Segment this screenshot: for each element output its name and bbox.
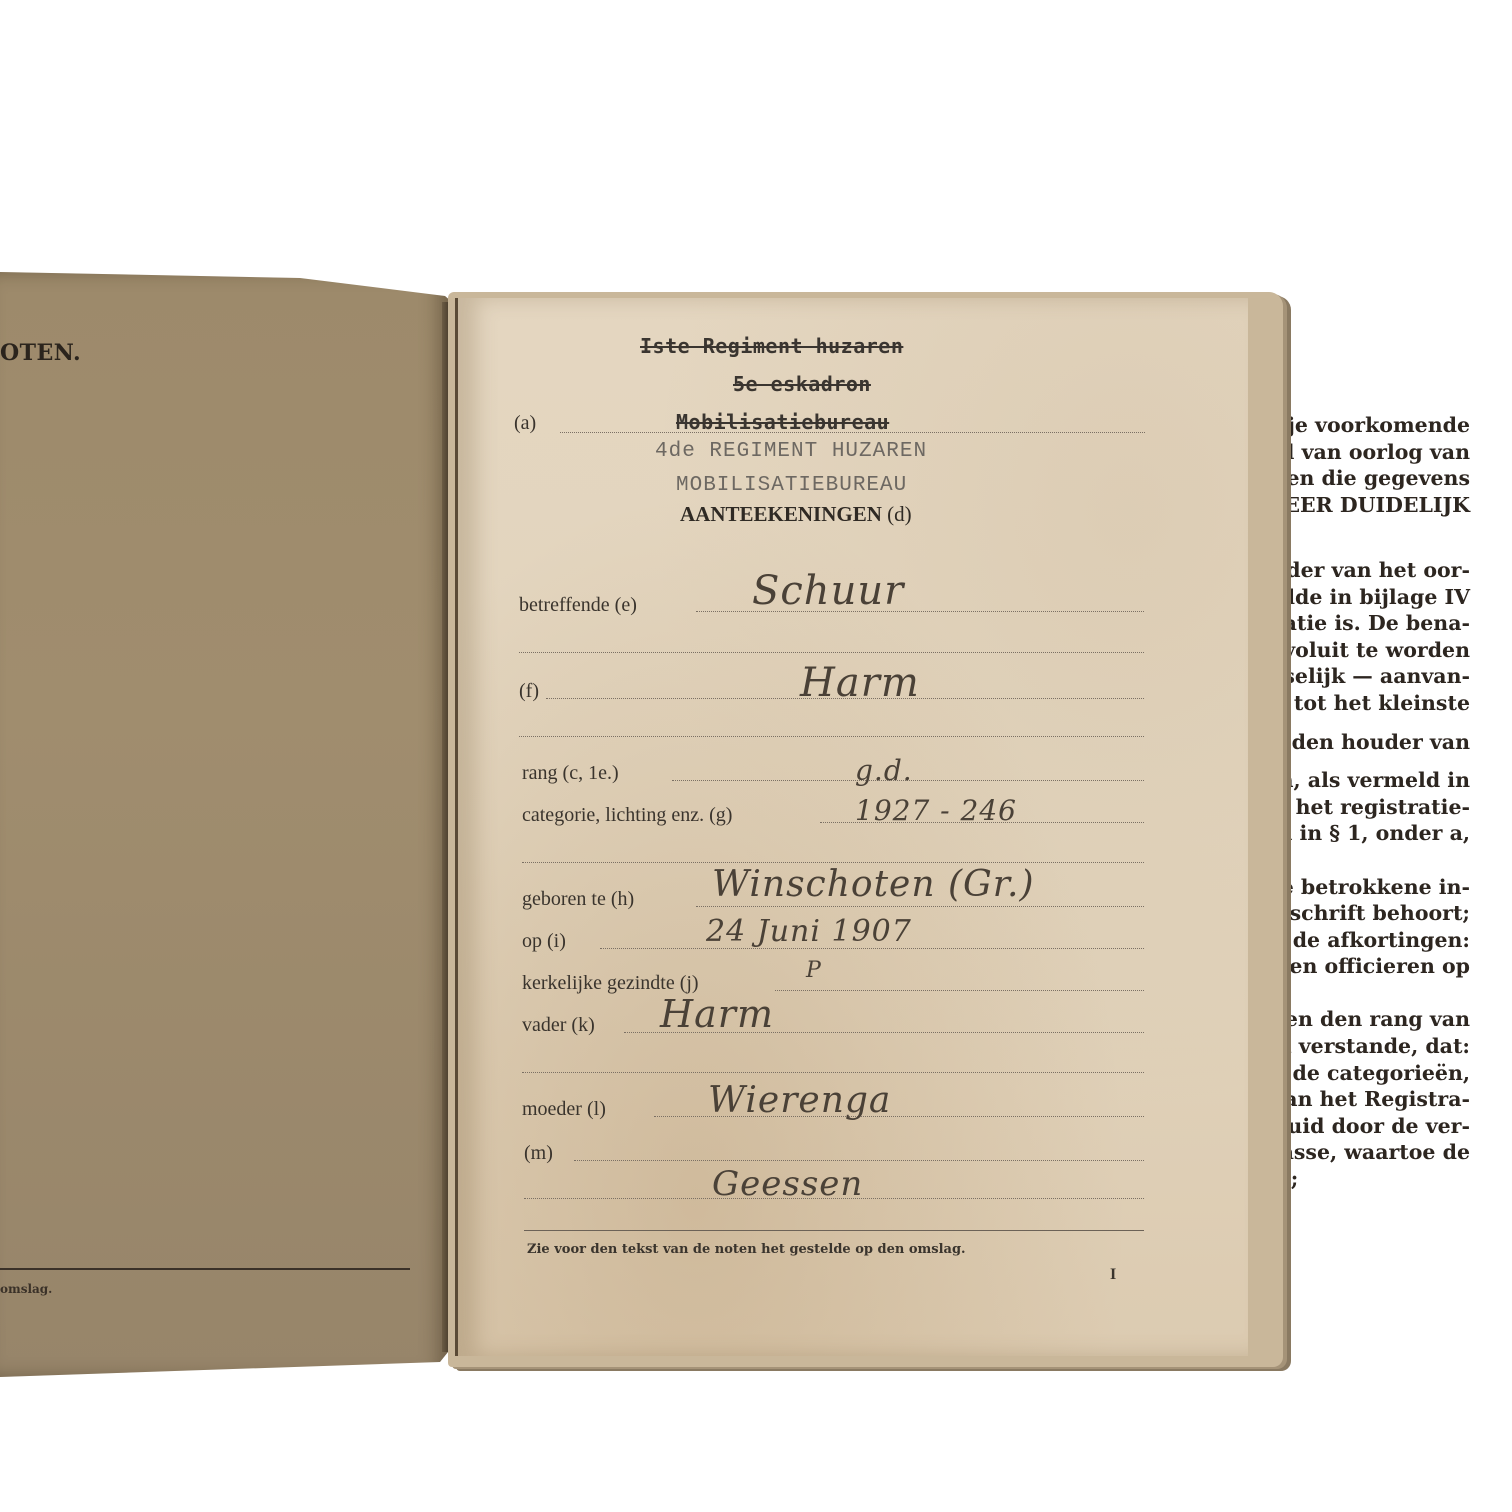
- label-f: (f): [519, 680, 539, 703]
- handwritten-father: Harm: [660, 992, 774, 1036]
- footer-rule: [524, 1230, 1144, 1231]
- label-categorie: categorie, lichting enz. (g): [522, 804, 732, 827]
- handwritten-mother: Wierenga: [708, 1080, 891, 1121]
- label-a: (a): [514, 412, 536, 435]
- left-page-footer: omslag.: [0, 1282, 52, 1296]
- dotted-line: [519, 652, 1144, 653]
- label-op: op (i): [522, 930, 566, 953]
- label-betreffende: betreffende (e): [519, 594, 637, 617]
- label-vader: vader (k): [522, 1014, 595, 1037]
- handwritten-lichting: 1927 - 246: [855, 794, 1017, 827]
- handwritten-first-name: Harm: [800, 660, 920, 706]
- label-rang: rang (c, 1e.): [522, 762, 619, 785]
- heading-text: AANTEEKENINGEN: [680, 502, 882, 526]
- dotted-line: [696, 906, 1144, 907]
- left-page-title-fragment: OTEN.: [0, 340, 81, 366]
- footnote: Zie voor den tekst van de noten het gest…: [527, 1242, 966, 1257]
- stamp-4de-regiment-huzaren: 4de REGIMENT HUZAREN: [655, 440, 927, 463]
- handwritten-birthdate: 24 Juni 1907: [706, 914, 912, 949]
- struck-stamp-eskadron: 5e eskadron: [733, 372, 871, 396]
- label-geboren-te: geboren te (h): [522, 888, 634, 911]
- struck-stamp-mobilisatiebureau: Mobilisatiebureau: [676, 410, 889, 434]
- label-m: (m): [524, 1142, 553, 1165]
- heading-note: (d): [887, 502, 912, 526]
- dotted-line: [519, 736, 1144, 737]
- dotted-line: [775, 990, 1144, 991]
- handwritten-surname: Schuur: [752, 568, 904, 614]
- handwritten-religion: P: [806, 958, 822, 983]
- label-moeder: moeder (l): [522, 1098, 606, 1121]
- handwritten-rank: g.d.: [855, 754, 913, 787]
- struck-stamp-regiment: Iste Regiment huzaren: [640, 334, 903, 358]
- dotted-line: [522, 862, 1144, 863]
- handwritten-birthplace: Winschoten (Gr.): [712, 864, 1035, 905]
- stamp-mobilisatiebureau: MOBILISATIEBUREAU: [676, 474, 907, 497]
- left-page: [0, 272, 452, 1377]
- dotted-line: [522, 1072, 1144, 1073]
- dotted-line: [524, 1198, 1144, 1199]
- dotted-line: [574, 1160, 1144, 1161]
- page-number: I: [1110, 1266, 1116, 1284]
- left-page-divider: [0, 1268, 410, 1270]
- page-heading: AANTEEKENINGEN (d): [680, 502, 912, 527]
